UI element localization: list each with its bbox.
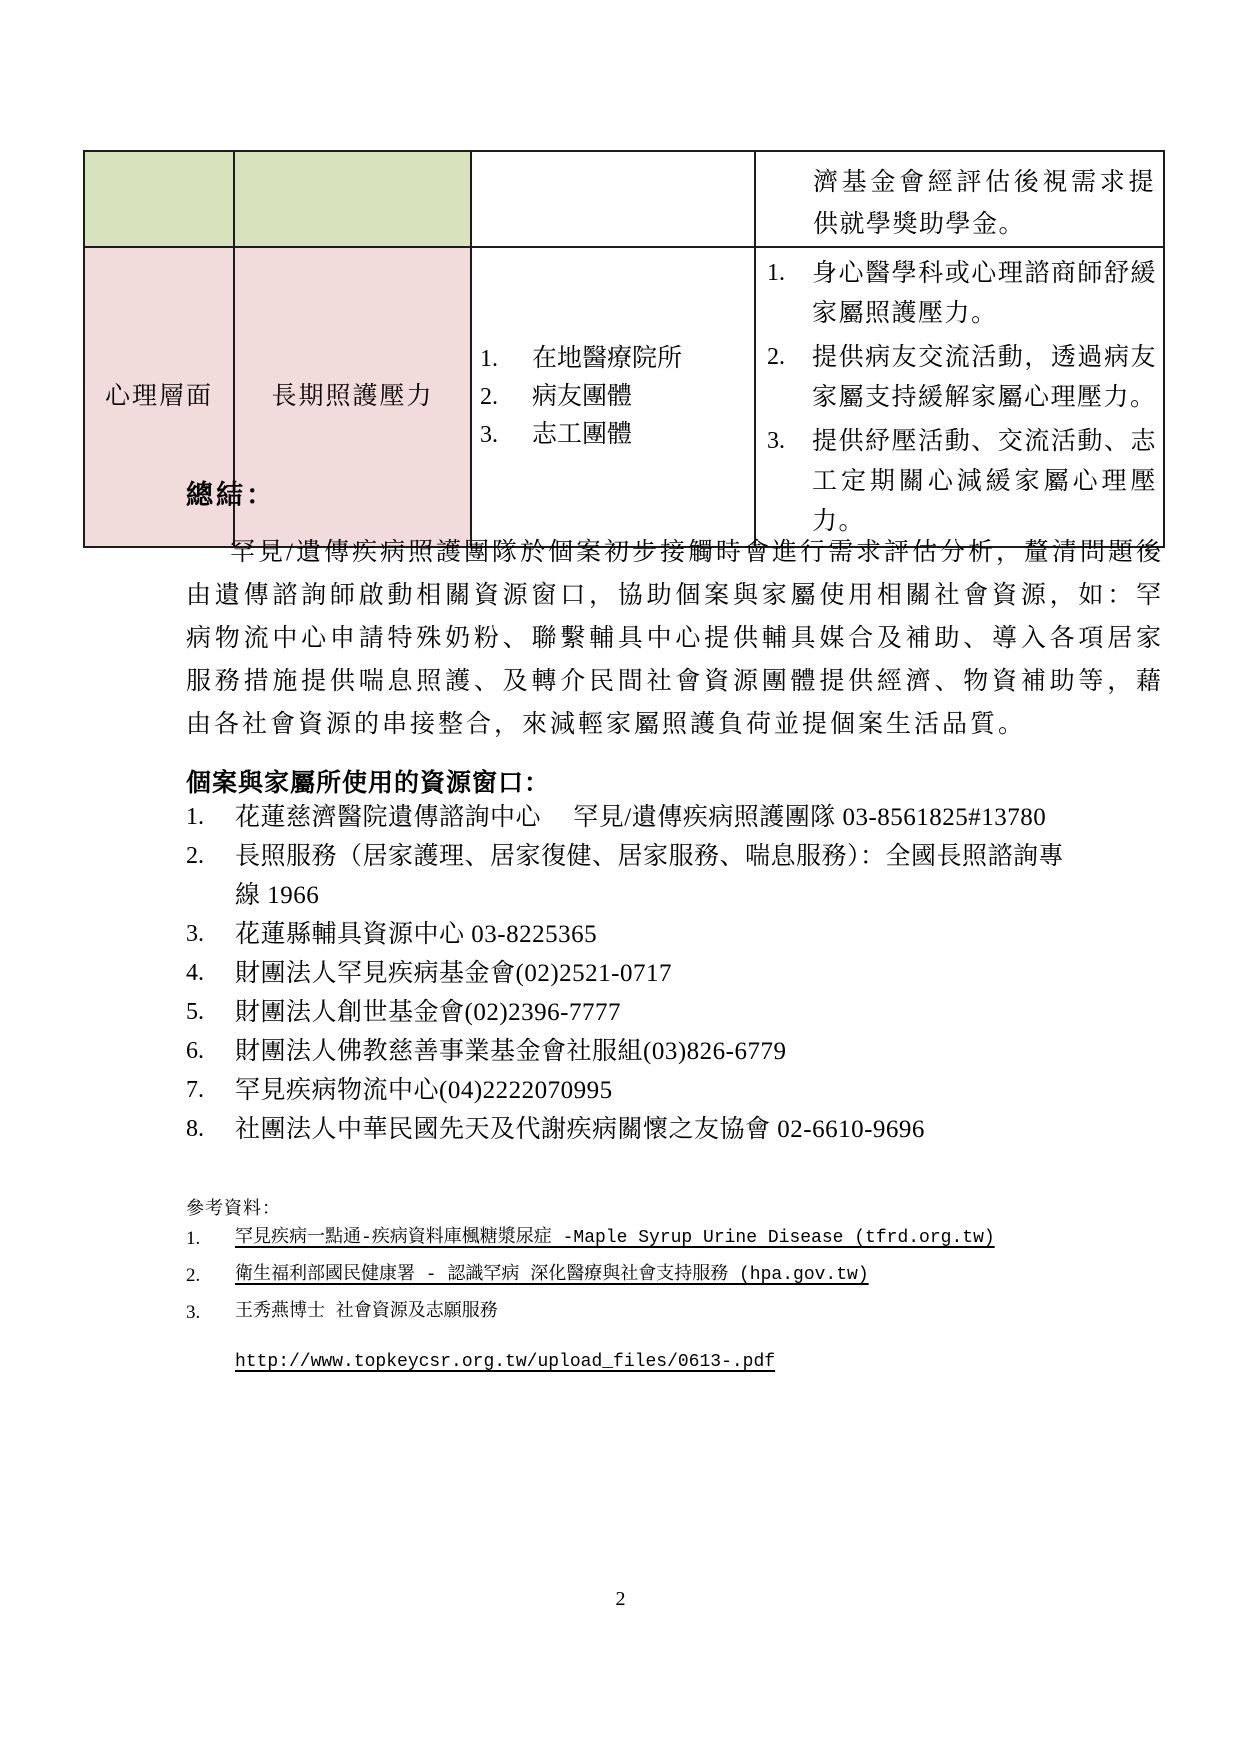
list-marker: 5. bbox=[186, 993, 235, 1032]
list-marker: 4. bbox=[186, 954, 235, 993]
references-heading: 參考資料： bbox=[186, 1194, 281, 1220]
cell-dimension-continued bbox=[84, 151, 234, 247]
document-page: 濟基金會經評估後視需求提供就學獎助學金。 心理層面 長期照護壓力 1. 在地醫療… bbox=[0, 0, 1241, 1755]
resource-text: 罕見疾病物流中心(04)2222070995 bbox=[235, 1071, 1065, 1110]
list-marker: 2. bbox=[767, 338, 812, 376]
resource-text: 財團法人創世基金會(02)2396-7777 bbox=[235, 993, 1065, 1032]
resource-item: 4. 財團法人罕見疾病基金會(02)2521-0717 bbox=[186, 954, 1164, 993]
resource-item: 6. 財團法人佛教慈善事業基金會社服組(03)826-6779 bbox=[186, 1032, 1164, 1071]
resource-item: 8. 社團法人中華民國先天及代謝疾病關懷之友協會 02-6610-9696 bbox=[186, 1110, 1164, 1149]
list-marker: 3. bbox=[480, 416, 532, 454]
list-item: 1. 身心醫學科或心理諮商師舒緩家屬照護壓力。 bbox=[767, 254, 1159, 334]
resource-text: 社團法人中華民國先天及代謝疾病關懷之友協會 02-6610-9696 bbox=[235, 1110, 1065, 1149]
resource-text: 長照服務（居家護理、居家復健、居家服務、喘息服務）：全國長照諮詢專線 1966 bbox=[235, 837, 1065, 915]
resource-item: 7. 罕見疾病物流中心(04)2222070995 bbox=[186, 1071, 1164, 1110]
cell-issue-continued bbox=[234, 151, 471, 247]
list-marker: 3. bbox=[767, 422, 812, 460]
resource-text: 財團法人佛教慈善事業基金會社服組(03)826-6779 bbox=[235, 1032, 1065, 1071]
continued-intervention-text: 濟基金會經評估後視需求提供就學獎助學金。 bbox=[756, 152, 1163, 246]
cell-resources: 1. 在地醫療院所 2. 病友團體 3. 志工團體 bbox=[471, 247, 755, 547]
list-marker: 7. bbox=[186, 1071, 235, 1110]
summary-paragraph: 罕見/遺傳疾病照護團隊於個案初步接觸時會進行需求評估分析，釐清問題後由遺傳諮詢師… bbox=[186, 531, 1164, 746]
reference-item: 3. 王秀燕博士 社會資源及志願服務 http://www.topkeycsr.… bbox=[186, 1294, 1164, 1381]
list-marker: 1. bbox=[767, 254, 812, 292]
references-list: 1. 罕見疾病一點通-疾病資料庫楓糖漿尿症 -Maple Syrup Urine… bbox=[186, 1220, 1164, 1381]
interventions-list: 1. 身心醫學科或心理諮商師舒緩家屬照護壓力。 2. 提供病友交流活動，透過病友… bbox=[756, 248, 1163, 552]
resource-text: 花蓮慈濟醫院遺傳諮詢中心 罕見/遺傳疾病照護團隊 03-8561825#1378… bbox=[235, 798, 1065, 837]
resource-item: 2. 長照服務（居家護理、居家復健、居家服務、喘息服務）：全國長照諮詢專線 19… bbox=[186, 837, 1164, 915]
resource-item: 3. 花蓮縣輔具資源中心 03-8225365 bbox=[186, 915, 1164, 954]
resources-heading: 個案與家屬所使用的資源窗口： bbox=[186, 763, 550, 799]
resource-channels-list: 1. 在地醫療院所 2. 病友團體 3. 志工團體 bbox=[472, 248, 754, 546]
reference-item: 1. 罕見疾病一點通-疾病資料庫楓糖漿尿症 -Maple Syrup Urine… bbox=[186, 1220, 1164, 1257]
cell-interventions: 1. 身心醫學科或心理諮商師舒緩家屬照護壓力。 2. 提供病友交流活動，透過病友… bbox=[755, 247, 1164, 547]
list-marker: 8. bbox=[186, 1110, 235, 1149]
list-marker: 2. bbox=[480, 378, 532, 416]
dimension-label: 心理層面 bbox=[105, 383, 213, 410]
page-number: 2 bbox=[0, 1588, 1241, 1611]
reference-link[interactable]: http://www.topkeycsr.org.tw/upload_files… bbox=[235, 1344, 775, 1381]
list-item: 2. 提供病友交流活動，透過病友家屬支持緩解家屬心理壓力。 bbox=[767, 338, 1159, 418]
list-text: 提供病友交流活動，透過病友家屬支持緩解家屬心理壓力。 bbox=[812, 338, 1157, 418]
cell-interventions-continued: 濟基金會經評估後視需求提供就學獎助學金。 bbox=[755, 151, 1164, 247]
list-marker: 1. bbox=[186, 1220, 235, 1257]
list-marker: 3. bbox=[186, 1294, 235, 1331]
resource-item: 5. 財團法人創世基金會(02)2396-7777 bbox=[186, 993, 1164, 1032]
resource-item: 1. 花蓮慈濟醫院遺傳諮詢中心 罕見/遺傳疾病照護團隊 03-8561825#1… bbox=[186, 798, 1164, 837]
list-marker: 1. bbox=[186, 798, 235, 837]
resource-text: 花蓮縣輔具資源中心 03-8225365 bbox=[235, 915, 1065, 954]
reference-text: 王秀燕博士 社會資源及志願服務 bbox=[235, 1294, 775, 1331]
list-marker: 1. bbox=[480, 340, 532, 378]
list-item: 3. 提供紓壓活動、交流活動、志工定期關心減緩家屬心理壓力。 bbox=[767, 422, 1159, 542]
reference-item: 2. 衛生福利部國民健康署 - 認識罕病 深化醫療與社會支持服務 (hpa.go… bbox=[186, 1257, 1164, 1294]
list-marker: 2. bbox=[186, 1257, 235, 1294]
resources-list: 1. 花蓮慈濟醫院遺傳諮詢中心 罕見/遺傳疾病照護團隊 03-8561825#1… bbox=[186, 798, 1164, 1149]
reference-link[interactable]: 罕見疾病一點通-疾病資料庫楓糖漿尿症 -Maple Syrup Urine Di… bbox=[235, 1220, 995, 1257]
list-text: 病友團體 bbox=[532, 378, 632, 416]
summary-heading: 總結： bbox=[186, 473, 276, 512]
list-item: 3. 志工團體 bbox=[480, 416, 754, 454]
list-text: 志工團體 bbox=[532, 416, 632, 454]
list-text: 身心醫學科或心理諮商師舒緩家屬照護壓力。 bbox=[812, 254, 1157, 334]
list-marker: 3. bbox=[186, 915, 235, 954]
issue-label: 長期照護壓力 bbox=[271, 383, 433, 410]
list-text: 在地醫療院所 bbox=[532, 340, 682, 378]
resource-text: 財團法人罕見疾病基金會(02)2521-0717 bbox=[235, 954, 1065, 993]
list-marker: 2. bbox=[186, 837, 235, 876]
reference-link[interactable]: 衛生福利部國民健康署 - 認識罕病 深化醫療與社會支持服務 (hpa.gov.t… bbox=[235, 1257, 869, 1294]
list-item: 2. 病友團體 bbox=[480, 378, 754, 416]
cell-resources-continued bbox=[471, 151, 755, 247]
list-text: 提供紓壓活動、交流活動、志工定期關心減緩家屬心理壓力。 bbox=[812, 422, 1157, 542]
list-item: 1. 在地醫療院所 bbox=[480, 340, 754, 378]
list-marker: 6. bbox=[186, 1032, 235, 1071]
